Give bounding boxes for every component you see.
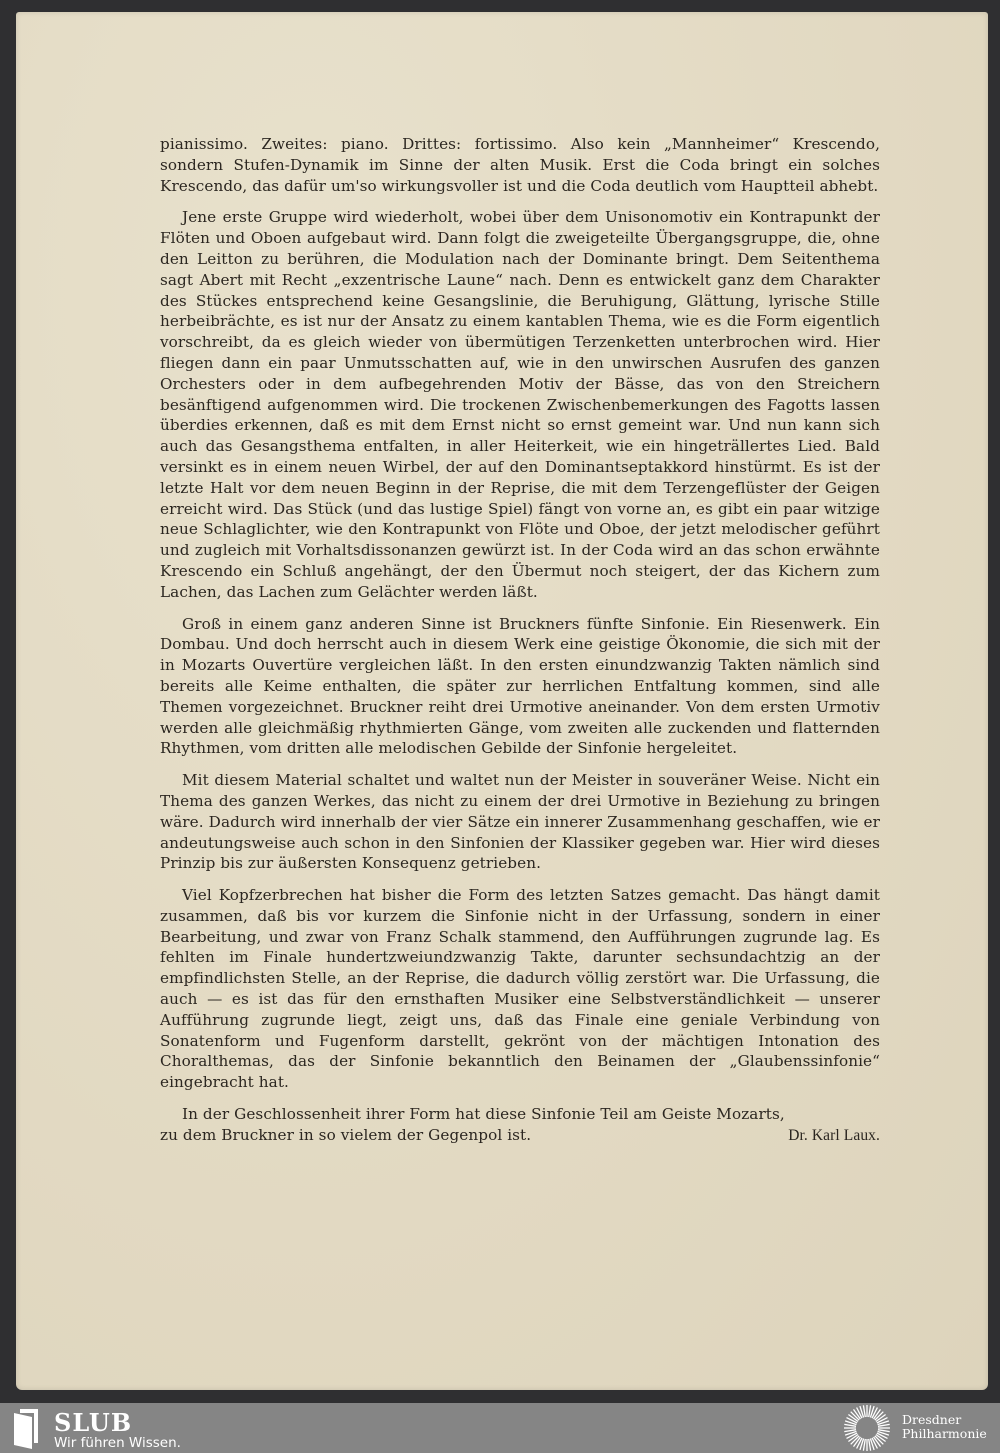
closing-line: zu dem Bruckner in so vielem der Gegenpo… (160, 1125, 531, 1146)
slub-tagline: Wir führen Wissen. (54, 1435, 181, 1451)
slub-logo-link[interactable]: SLUB Wir führen Wissen. (12, 1405, 312, 1453)
slub-name: SLUB (54, 1408, 132, 1437)
sunburst-ring-icon (842, 1404, 892, 1453)
article-text: pianissimo. Zweites: piano. Drittes: for… (160, 134, 880, 1147)
dresdner-philharmonie-name: Dresdner Philharmonie (902, 1413, 987, 1441)
author-signature: Dr. Karl Laux. (788, 1126, 880, 1147)
paragraph-2: Jene erste Gruppe wird wiederholt, wobei… (160, 207, 880, 602)
dresdner-philharmonie-logo-link[interactable]: Dresdner Philharmonie (838, 1403, 998, 1453)
dp-name-line2: Philharmonie (902, 1426, 987, 1441)
paragraph-6: In der Geschlossenheit ihrer Form hat di… (160, 1104, 880, 1125)
closing-row: zu dem Bruckner in so vielem der Gegenpo… (160, 1125, 880, 1147)
paragraph-5: Viel Kopfzerbrechen hat bisher die Form … (160, 885, 880, 1093)
paragraph-3: Groß in einem ganz anderen Sinne ist Bru… (160, 614, 880, 760)
book-icon (12, 1409, 42, 1453)
dp-name-line1: Dresdner (902, 1412, 961, 1427)
paragraph-1: pianissimo. Zweites: piano. Drittes: for… (160, 134, 880, 196)
footer-bar: SLUB Wir führen Wissen. (0, 1403, 1000, 1453)
paragraph-4: Mit diesem Material schaltet und waltet … (160, 770, 880, 874)
